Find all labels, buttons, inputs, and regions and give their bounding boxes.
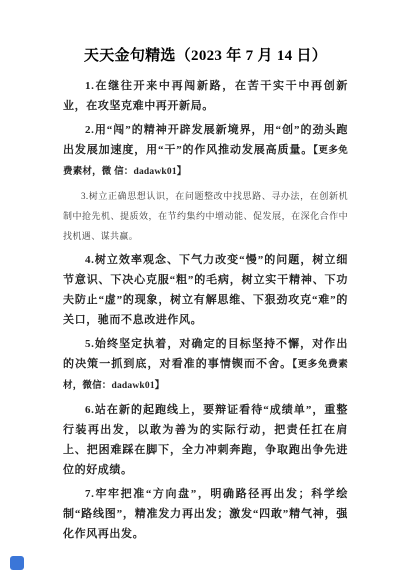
quote-paragraph-5: 5.始终坚定执着，对确定的目标坚持不懈，对作出的决策一抓到底，对看准的事情锲而不… bbox=[63, 334, 348, 396]
quote-paragraph-2: 2.用“闯”的精神开辟发展新境界，用“创”的劲头跑出发展加速度，用“干”的作风推… bbox=[63, 120, 348, 182]
paragraph-text: 2.用“闯”的精神开辟发展新境界，用“创”的劲头跑出发展加速度，用“干”的作风推… bbox=[63, 124, 348, 156]
paragraph-text: 1.在继往开来中再闯新路，在苦干实干中再创新业，在攻坚克难中再开新局。 bbox=[63, 80, 348, 112]
paragraph-text: 6.站在新的起跑线上，要辩证看待“成绩单”，重整行装再出发，以敢为善为的实际行动… bbox=[63, 404, 348, 476]
blue-square-icon bbox=[10, 556, 24, 570]
document-page: 天天金句精选（2023 年 7 月 14 日） 1.在继往开来中再闯新路，在苦干… bbox=[0, 0, 410, 580]
page-title: 天天金句精选（2023 年 7 月 14 日） bbox=[63, 46, 348, 66]
quote-paragraph-4: 4.树立效率观念、下气力改变“慢”的问题，树立细节意识、下决心克服“粗”的毛病，… bbox=[63, 250, 348, 330]
quote-paragraph-1: 1.在继往开来中再闯新路，在苦干实干中再创新业，在攻坚克难中再开新局。 bbox=[63, 76, 348, 116]
quote-paragraph-6: 6.站在新的起跑线上，要辩证看待“成绩单”，重整行装再出发，以敢为善为的实际行动… bbox=[63, 400, 348, 480]
quote-paragraph-3: 3.树立正确思想认识，在问题整改中找思路、寻办法，在创新机制中抢先机、提质效，在… bbox=[63, 186, 348, 246]
paragraph-text: 7.牢牢把准“方向盘”，明确路径再出发；科学绘制“路线图”，精准发力再出发；激发… bbox=[63, 488, 348, 540]
paragraph-text: 4.树立效率观念、下气力改变“慢”的问题，树立细节意识、下决心克服“粗”的毛病，… bbox=[63, 254, 348, 326]
quote-paragraph-7: 7.牢牢把准“方向盘”，明确路径再出发；科学绘制“路线图”，精准发力再出发；激发… bbox=[63, 484, 348, 544]
paragraph-text: 3.树立正确思想认识，在问题整改中找思路、寻办法，在创新机制中抢先机、提质效，在… bbox=[63, 191, 348, 241]
